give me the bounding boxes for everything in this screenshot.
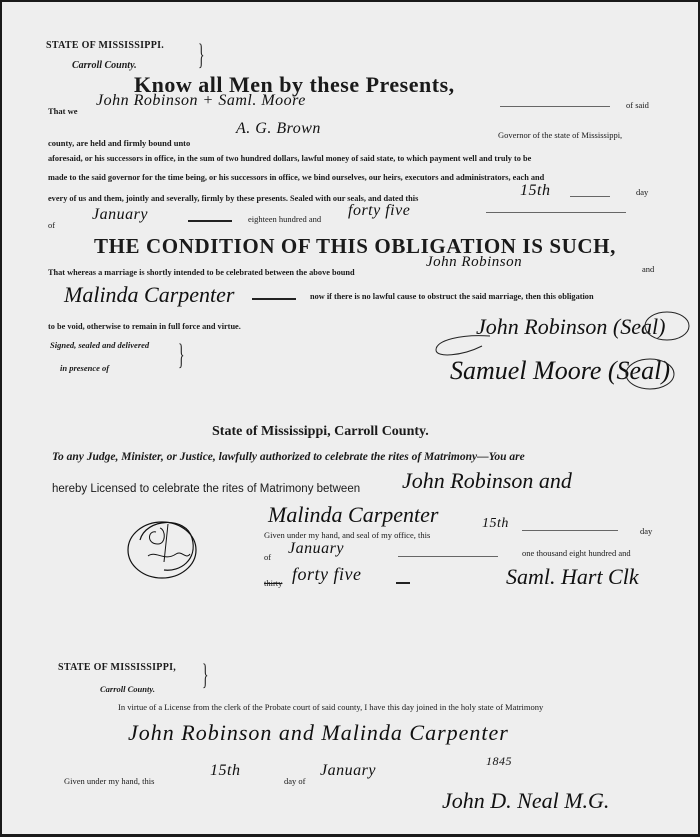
bond-line1-suffix: of said xyxy=(626,100,649,110)
seal-ls-icon xyxy=(120,510,210,586)
license-line1: To any Judge, Minister, or Justice, lawf… xyxy=(52,451,525,463)
bond-month-handwritten: January xyxy=(92,206,148,224)
blank-line xyxy=(486,212,626,213)
license-bride-handwritten: Malinda Carpenter xyxy=(268,502,439,528)
return-couple-handwritten: John Robinson and Malinda Carpenter xyxy=(128,720,509,746)
bond-line4: made to the said governor for the time b… xyxy=(48,173,544,182)
license-year-handwritten: forty five xyxy=(292,564,361,585)
bond-line2-suffix: Governor of the state of Mississippi, xyxy=(498,130,622,140)
cond-line1-suffix: and xyxy=(642,264,654,274)
condition-title: THE CONDITION OF THIS OBLIGATION IS SUCH… xyxy=(94,234,616,259)
brace-icon: } xyxy=(198,38,204,72)
return-line1: In virtue of a License from the clerk of… xyxy=(118,702,543,712)
bond-year-handwritten: forty five xyxy=(348,202,410,220)
cond-line2-suffix: now if there is no lawful cause to obstr… xyxy=(310,292,594,301)
struck-word: thirty xyxy=(264,578,282,588)
bond-line3: aforesaid, or his successors in office, … xyxy=(48,154,531,163)
return-year-handwritten: 1845 xyxy=(486,754,512,769)
blank-line xyxy=(396,582,410,584)
license-line2-prefix: hereby Licensed to celebrate the rites o… xyxy=(52,483,360,495)
blank-line xyxy=(398,556,498,557)
presence-label: in presence of xyxy=(60,363,109,373)
bond-county-heading: Carroll County. xyxy=(72,60,137,71)
blank-line xyxy=(252,298,296,300)
return-day-handwritten: 15th xyxy=(210,762,240,780)
license-given-prefix: Given under my hand, and seal of my offi… xyxy=(264,530,430,540)
license-day-handwritten: 15th xyxy=(482,516,509,532)
cond-line3: to be void, otherwise to remain in full … xyxy=(48,322,241,331)
signed-label: Signed, sealed and delivered xyxy=(50,340,149,350)
license-month-handwritten: January xyxy=(288,540,344,558)
bond-line5-suffix: day xyxy=(636,187,648,197)
cond-line1-prefix: That whereas a marriage is shortly inten… xyxy=(48,268,355,277)
seal-scroll-icon xyxy=(642,308,692,344)
bride-handwritten: Malinda Carpenter xyxy=(64,282,235,308)
bond-line1-prefix: That we xyxy=(48,106,78,116)
blank-line xyxy=(570,196,610,197)
bond-line6-prefix: of xyxy=(48,220,55,230)
return-county-heading: Carroll County. xyxy=(100,684,155,694)
bond-day-handwritten: 15th xyxy=(520,182,550,200)
license-of-label: of xyxy=(264,552,271,562)
bond-line6-middle: eighteen hundred and xyxy=(248,214,321,224)
return-state-heading: STATE OF MISSISSIPPI, xyxy=(58,662,176,673)
groom-handwritten: John Robinson xyxy=(426,254,522,271)
license-year-prefix: one thousand eight hundred and xyxy=(522,548,631,558)
obligors-handwritten: John Robinson + Saml. Moore xyxy=(96,92,306,110)
seal-scroll-icon xyxy=(622,354,678,394)
bond-state-heading: STATE OF MISSISSIPPI. xyxy=(46,40,164,51)
clerk-signature: Saml. Hart Clk xyxy=(506,564,639,590)
return-given-prefix: Given under my hand, this xyxy=(64,776,154,786)
blank-line xyxy=(500,106,610,107)
brace-icon: } xyxy=(202,658,208,692)
officiant-signature: John D. Neal M.G. xyxy=(442,788,609,814)
bond-line2-prefix: county, are held and firmly bound unto xyxy=(48,138,190,148)
license-day-label: day xyxy=(640,526,652,536)
return-day-of-label: day of xyxy=(284,776,305,786)
blank-line xyxy=(188,220,232,222)
flourish-icon xyxy=(432,332,492,362)
blank-line xyxy=(522,530,618,531)
license-groom-handwritten: John Robinson and xyxy=(402,468,572,494)
brace-icon: } xyxy=(178,338,184,372)
marriage-bond-document: STATE OF MISSISSIPPI. Carroll County. } … xyxy=(2,2,698,834)
license-heading: State of Mississippi, Carroll County. xyxy=(212,424,429,440)
signature-john-robinson: John Robinson (Seal) xyxy=(476,314,665,340)
return-month-handwritten: January xyxy=(320,762,376,780)
governor-handwritten: A. G. Brown xyxy=(236,120,321,138)
